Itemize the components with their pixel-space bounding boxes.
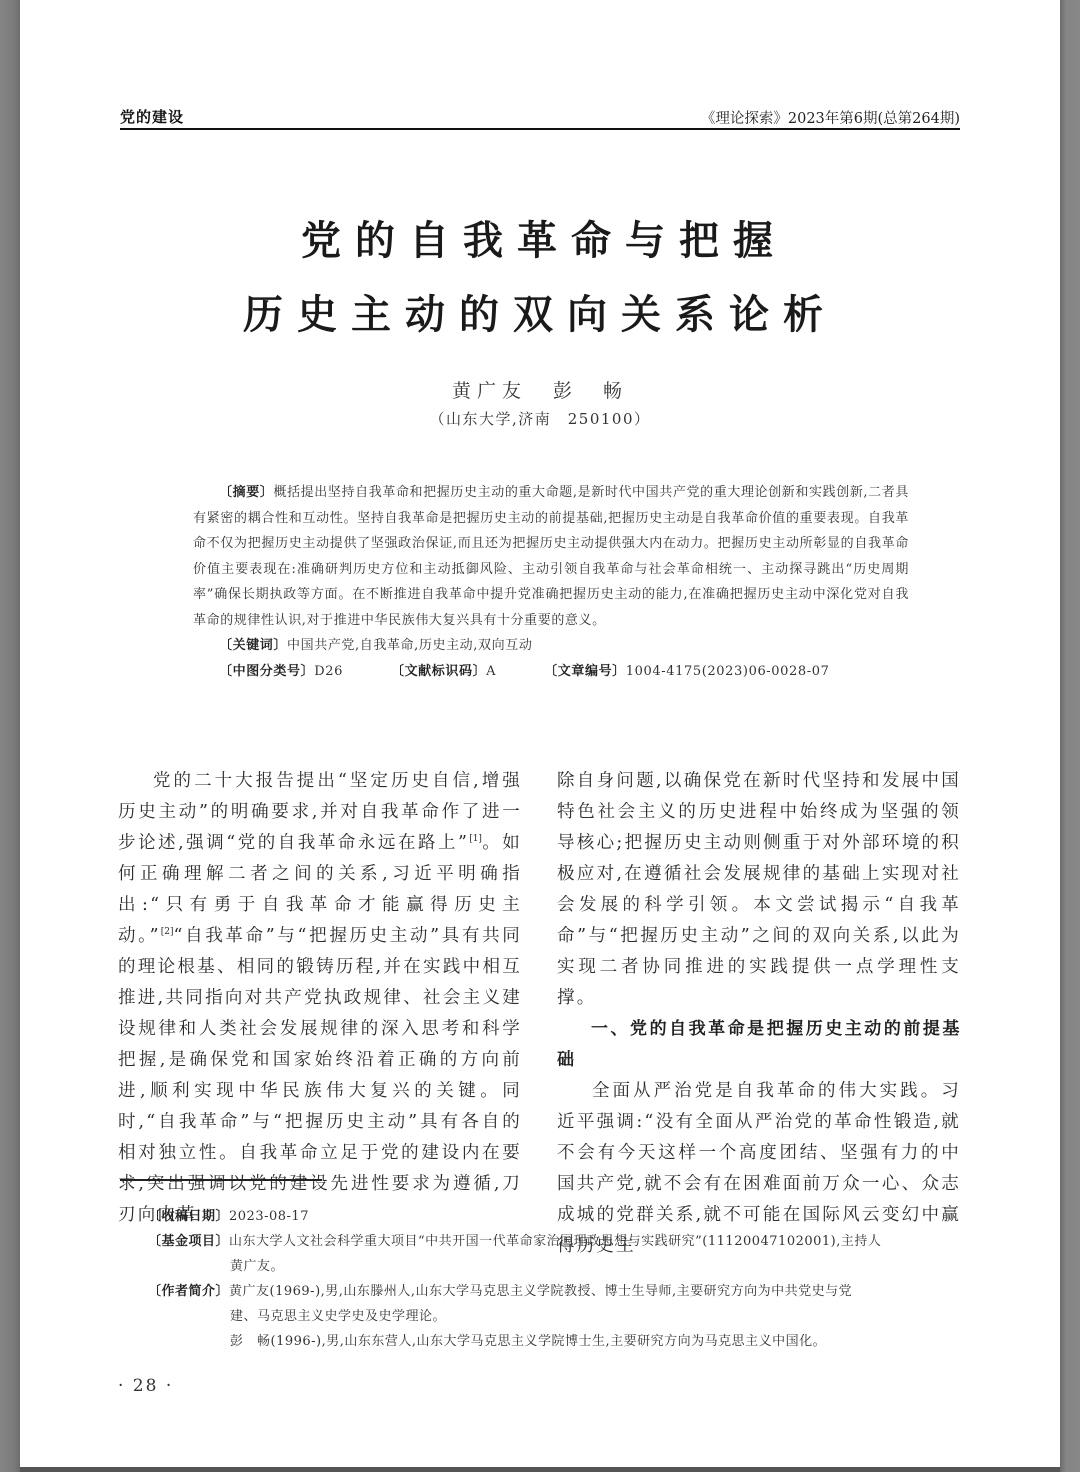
article-title: 党的自我革命与把握 历史主动的双向关系论析 [20,221,1060,335]
section-heading-1: 一、党的自我革命是把握历史主动的前提基础 [557,1014,961,1076]
author-2: 彭 畅 [553,380,628,402]
clc-value: D26 [314,664,343,679]
body-text: 党的二十大报告提出“坚定历史自信,增强历史主动”的明确要求,并对自我革命作了进一… [118,771,522,853]
affiliation: （山东大学,济南 250100） [20,408,1060,429]
body-paragraph: 党的二十大报告提出“坚定历史自信,增强历史主动”的明确要求,并对自我革命作了进一… [118,766,522,1231]
author-bio: 〔作者简介〕黄广友(1969-),男,山东滕州人,山东大学马克思主义学院教授、博… [148,1279,963,1304]
received-value: 2023-08-17 [229,1209,309,1224]
citation-ref-2[interactable]: [2] [161,927,174,937]
author-1: 黄广友 [452,380,527,402]
fund-project: 〔基金项目〕山东大学人文社会科学重大项目“中共开国一代革命家治国理政思想与实践研… [148,1229,963,1254]
clc-label: 〔中图分类号〕 [219,664,314,679]
body-column-right: 除自身问题,以确保党在新时代坚持和发展中国特色社会主义的历史进程中始终成为坚强的… [557,766,961,1262]
abstract-block: 〔摘要〕概括提出坚持自我革命和把握历史主动的重大命题,是新时代中国共产党的重大理… [193,480,909,684]
journal-page: 党的建设 《理论探索》2023年第6期(总第264期) 党的自我革命与把握 历史… [20,0,1060,1472]
author-bio-label: 〔作者简介〕 [148,1284,229,1299]
page-number: · 28 · [118,1376,173,1396]
footnotes: 〔收稿日期〕2023-08-17 〔基金项目〕山东大学人文社会科学重大项目“中共… [148,1204,963,1354]
author2-bio: 彭 畅(1996-),男,山东东营人,山东大学马克思主义学院博士生,主要研究方向… [148,1329,963,1354]
authors: 黄广友彭 畅 [20,376,1060,403]
title-line-1: 党的自我革命与把握 [20,221,1060,261]
running-header: 党的建设 《理论探索》2023年第6期(总第264期) [120,106,960,130]
fund-value: 山东大学人文社会科学重大项目“中共开国一代革命家治国理政思想与实践研究”(111… [229,1234,881,1249]
section-tag: 党的建设 [120,106,184,127]
keywords-label: 〔关键词〕 [219,638,287,653]
doc-code-value: A [486,664,496,679]
received-label: 〔收稿日期〕 [148,1209,229,1224]
keywords-text: 中国共产党,自我革命,历史主动,双向互动 [287,638,532,653]
fund-label: 〔基金项目〕 [148,1234,229,1249]
viewer-frame-right [1060,0,1080,1472]
body-paragraph-continued: 除自身问题,以确保党在新时代坚持和发展中国特色社会主义的历史进程中始终成为坚强的… [557,766,961,1014]
title-line-2: 历史主动的双向关系论析 [20,295,1060,335]
author1-bio: 黄广友(1969-),男,山东滕州人,山东大学马克思主义学院教授、博士生导师,主… [229,1284,852,1299]
viewer-frame-left [0,0,20,1472]
body-column-left: 党的二十大报告提出“坚定历史自信,增强历史主动”的明确要求,并对自我革命作了进一… [118,766,522,1231]
doc-code-label: 〔文献标识码〕 [391,664,486,679]
journal-issue-info: 《理论探索》2023年第6期(总第264期) [701,107,960,128]
abstract-label: 〔摘要〕 [219,485,273,500]
keywords: 〔关键词〕中国共产党,自我革命,历史主动,双向互动 [193,633,909,659]
abstract-text: 概括提出坚持自我革命和把握历史主动的重大命题,是新时代中国共产党的重大理论创新和… [193,485,909,628]
abstract: 〔摘要〕概括提出坚持自我革命和把握历史主动的重大命题,是新时代中国共产党的重大理… [193,480,909,633]
classification-line: 〔中图分类号〕D26〔文献标识码〕A〔文章编号〕1004-4175(2023)0… [193,659,909,685]
author1-bio-cont: 建、马克思主义史学史及史学理论。 [148,1304,963,1329]
article-no-value: 1004-4175(2023)06-0028-07 [626,664,830,679]
citation-ref-1[interactable]: [1] [469,834,482,844]
fund-project-cont: 黄广友。 [148,1254,963,1279]
article-no-label: 〔文章编号〕 [544,664,626,679]
received-date: 〔收稿日期〕2023-08-17 [148,1204,963,1229]
footnote-divider [120,1179,322,1181]
